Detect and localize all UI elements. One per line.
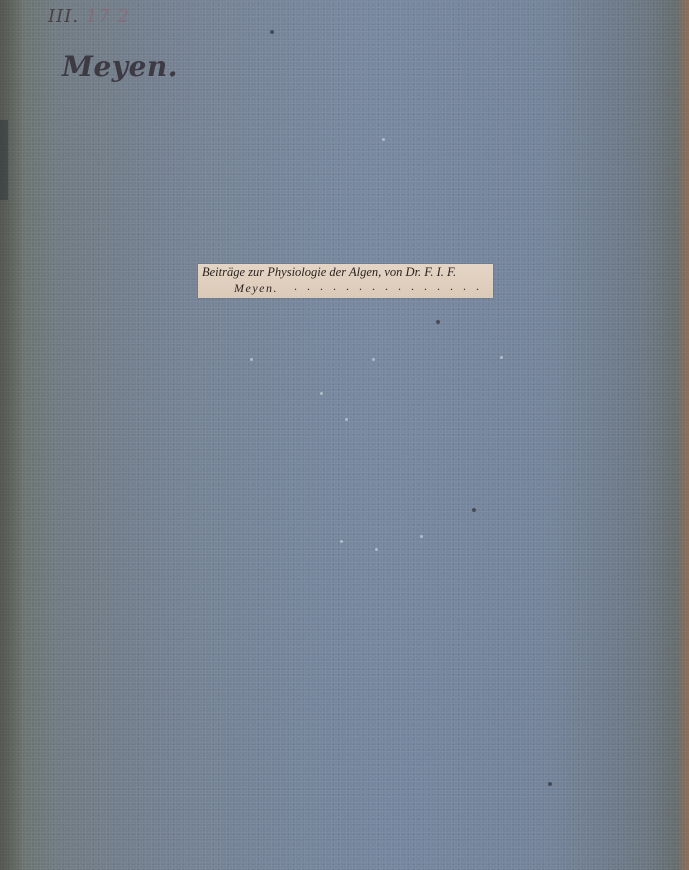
paper-spot xyxy=(548,782,552,786)
label-leader-dots: ............... xyxy=(294,279,489,294)
spine-strip xyxy=(0,120,8,200)
paper-spot xyxy=(472,508,476,512)
label-author-line: Meyen. xyxy=(234,281,278,296)
title-label: Beiträge zur Physiologie der Algen, von … xyxy=(198,264,493,298)
paper-speck xyxy=(340,540,343,543)
paper-spot xyxy=(436,320,440,324)
cover-right-edge xyxy=(679,0,689,870)
book-cover: III. 17 2 Meyen. Beiträge zur Physiologi… xyxy=(0,0,689,870)
paper-spot xyxy=(270,30,274,34)
handwritten-shelfmark: III. 17 2 xyxy=(48,6,130,27)
paper-speck xyxy=(420,535,423,538)
paper-speck xyxy=(250,358,253,361)
shelfmark-text: III. xyxy=(48,6,79,27)
handwritten-author: Meyen. xyxy=(62,50,178,83)
paper-speck xyxy=(345,418,348,421)
paper-speck xyxy=(375,548,378,551)
paper-speck xyxy=(320,392,323,395)
label-title-line: Beiträge zur Physiologie der Algen, von … xyxy=(202,265,456,280)
paper-speck xyxy=(372,358,375,361)
paper-speck xyxy=(382,138,385,141)
paper-speck xyxy=(500,356,503,359)
shelfmark-faded-text: 17 2 xyxy=(86,6,130,27)
